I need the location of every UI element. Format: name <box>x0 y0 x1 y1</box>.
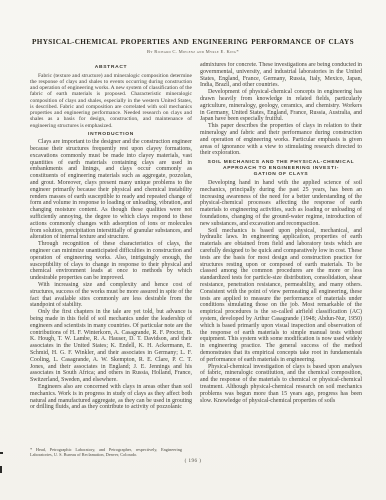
two-column-layout: ABSTRACT Fabric (texture and structure) … <box>0 62 386 437</box>
soil-mechanics-paragraph-3: Physical-chemical investigation of clays… <box>200 364 362 405</box>
paper-byline: By Richard C. Mielenz and Myrle E. King* <box>0 49 386 54</box>
soil-mechanics-heading: SOIL MECHANICS AND THE PHYSICAL-CHEMICAL… <box>200 160 362 177</box>
abstract-text: Fabric (texture and structure) and miner… <box>30 73 192 129</box>
author-footnote: * Head, Petrographic Laboratory, and Pet… <box>30 448 182 458</box>
left-column: ABSTRACT Fabric (texture and structure) … <box>30 62 192 437</box>
paper-page: PHYSICAL-CHEMICAL PROPERTIES AND ENGINEE… <box>0 0 386 500</box>
paper-title: PHYSICAL-CHEMICAL PROPERTIES AND ENGINEE… <box>28 38 358 46</box>
scan-artifact <box>0 466 2 473</box>
soil-mechanics-paragraph-1: Developing hand in hand with the applied… <box>200 180 362 228</box>
abstract-heading: ABSTRACT <box>30 65 192 70</box>
intro-paragraph-5: Engineers also are concerned with clays … <box>30 384 192 411</box>
scan-artifact <box>0 452 3 454</box>
soil-mechanics-paragraph-2: Soil mechanics is based upon physical, m… <box>200 228 362 364</box>
introduction-heading: INTRODUCTION <box>30 132 192 137</box>
soil-mechanics-heading-line-3: GATION OF CLAYS <box>200 172 362 178</box>
intro-paragraph-1: Clays are important to the designer and … <box>30 139 192 241</box>
right-column: admixtures for concrete. These investiga… <box>200 62 362 437</box>
this-paper-paragraph: This paper describes the properties of c… <box>200 123 362 157</box>
continuation-paragraph: admixtures for concrete. These investiga… <box>200 62 362 89</box>
soil-mechanics-heading-line-2: APPROACH TO ENGINEERING INVESTI- <box>200 166 362 172</box>
development-paragraph: Development of physical-chemical concept… <box>200 89 362 123</box>
intro-paragraph-3: With increasing size and complexity and … <box>30 282 192 309</box>
intro-paragraph-4: Only the first chapters in the tale are … <box>30 309 192 384</box>
intro-paragraph-2: Through recognition of these characteris… <box>30 241 192 282</box>
page-number: ( 196 ) <box>0 459 386 464</box>
